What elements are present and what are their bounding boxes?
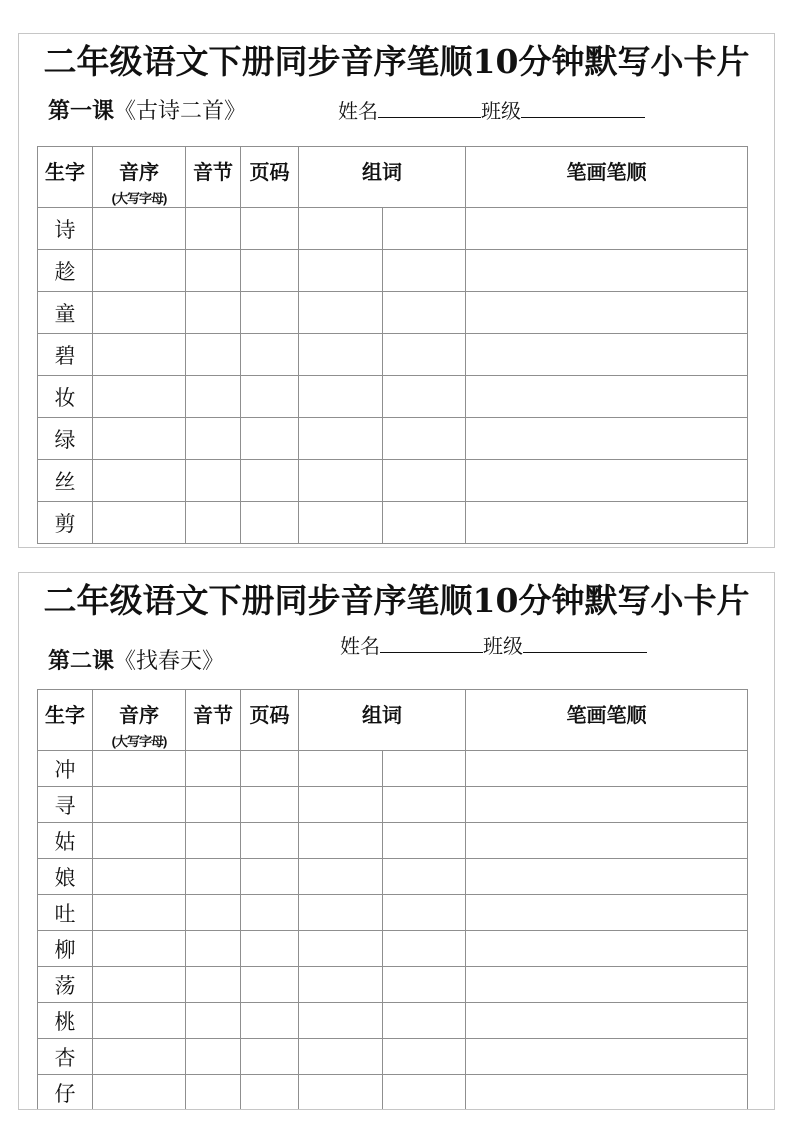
character-cell: 丝 xyxy=(38,460,93,502)
word-cell-1 xyxy=(299,292,383,334)
word-cell-1 xyxy=(299,250,383,292)
word-cell-1 xyxy=(299,1003,383,1039)
word-cell-2 xyxy=(383,250,466,292)
syllable-cell xyxy=(186,1075,241,1111)
initial-cell xyxy=(93,1003,186,1039)
strokes-cell xyxy=(466,751,748,787)
worksheet-card-1: 二年级语文下册同步音序笔顺10分钟默写小卡片 第一课 《古诗二首》 姓名 班级 … xyxy=(18,33,775,548)
page-cell xyxy=(241,334,299,376)
table-row: 仔 xyxy=(38,1075,748,1111)
initial-cell xyxy=(93,751,186,787)
strokes-cell xyxy=(466,334,748,376)
table-row: 吐 xyxy=(38,895,748,931)
name-label: 姓名 xyxy=(340,630,380,659)
vocab-table-1: 生字 音序 (大写字母) 音节 页码 组词 笔画笔顺 诗 趁 童 xyxy=(37,146,748,544)
word-cell-2 xyxy=(383,859,466,895)
table-header-row: 生字 音序 (大写字母) 音节 页码 组词 笔画笔顺 xyxy=(38,147,748,208)
table-row: 姑 xyxy=(38,823,748,859)
table-header-row: 生字 音序 (大写字母) 音节 页码 组词 笔画笔顺 xyxy=(38,690,748,751)
character-cell: 娘 xyxy=(38,859,93,895)
page-cell xyxy=(241,460,299,502)
header-syllable: 音节 xyxy=(186,147,241,208)
name-blank xyxy=(380,651,483,653)
table-row: 丝 xyxy=(38,460,748,502)
character-cell: 仔 xyxy=(38,1075,93,1111)
strokes-cell xyxy=(466,418,748,460)
word-cell-1 xyxy=(299,1075,383,1111)
word-cell-2 xyxy=(383,751,466,787)
table-row: 绿 xyxy=(38,418,748,460)
name-class-group: 姓名 班级 xyxy=(340,630,647,659)
word-cell-1 xyxy=(299,334,383,376)
table-row: 碧 xyxy=(38,334,748,376)
word-cell-2 xyxy=(383,292,466,334)
strokes-cell xyxy=(466,250,748,292)
header-char: 生字 xyxy=(38,690,93,751)
syllable-cell xyxy=(186,751,241,787)
page-cell xyxy=(241,967,299,1003)
page-cell xyxy=(241,859,299,895)
lesson-number: 第一课 xyxy=(48,94,114,125)
worksheet-title: 二年级语文下册同步音序笔顺10分钟默写小卡片 xyxy=(25,582,768,620)
table-row: 娘 xyxy=(38,859,748,895)
word-cell-1 xyxy=(299,823,383,859)
initial-cell xyxy=(93,418,186,460)
header-initial-main: 音序 xyxy=(119,162,159,184)
strokes-cell xyxy=(466,1003,748,1039)
syllable-cell xyxy=(186,967,241,1003)
page-cell xyxy=(241,376,299,418)
strokes-cell xyxy=(466,787,748,823)
word-cell-2 xyxy=(383,895,466,931)
header-initial-main: 音序 xyxy=(119,705,159,727)
initial-cell xyxy=(93,376,186,418)
word-cell-2 xyxy=(383,460,466,502)
name-blank xyxy=(378,116,481,118)
table-row: 杏 xyxy=(38,1039,748,1075)
page-cell xyxy=(241,1039,299,1075)
character-cell: 冲 xyxy=(38,751,93,787)
header-char: 生字 xyxy=(38,147,93,208)
table-row: 柳 xyxy=(38,931,748,967)
character-cell: 杏 xyxy=(38,1039,93,1075)
header-page: 页码 xyxy=(241,147,299,208)
character-cell: 妆 xyxy=(38,376,93,418)
word-cell-2 xyxy=(383,418,466,460)
initial-cell xyxy=(93,460,186,502)
syllable-cell xyxy=(186,502,241,544)
header-initial: 音序 (大写字母) xyxy=(93,147,186,208)
page-cell xyxy=(241,1075,299,1111)
character-cell: 柳 xyxy=(38,931,93,967)
strokes-cell xyxy=(466,208,748,250)
character-cell: 姑 xyxy=(38,823,93,859)
word-cell-1 xyxy=(299,376,383,418)
worksheet-page: { "headers": { "char": "生字", "initial": … xyxy=(0,0,793,1122)
strokes-cell xyxy=(466,931,748,967)
syllable-cell xyxy=(186,1003,241,1039)
initial-cell xyxy=(93,1075,186,1111)
word-cell-2 xyxy=(383,1039,466,1075)
word-cell-2 xyxy=(383,1075,466,1111)
word-cell-1 xyxy=(299,751,383,787)
page-cell xyxy=(241,208,299,250)
word-cell-1 xyxy=(299,208,383,250)
strokes-cell xyxy=(466,1039,748,1075)
strokes-cell xyxy=(466,1075,748,1111)
class-blank xyxy=(521,116,645,118)
initial-cell xyxy=(93,1039,186,1075)
header-syllable: 音节 xyxy=(186,690,241,751)
character-cell: 童 xyxy=(38,292,93,334)
table-row: 趁 xyxy=(38,250,748,292)
table-row: 诗 xyxy=(38,208,748,250)
character-cell: 荡 xyxy=(38,967,93,1003)
header-initial-sub: (大写字母) xyxy=(93,731,185,750)
character-cell: 碧 xyxy=(38,334,93,376)
initial-cell xyxy=(93,895,186,931)
initial-cell xyxy=(93,967,186,1003)
table-row: 桃 xyxy=(38,1003,748,1039)
page-cell xyxy=(241,787,299,823)
word-cell-1 xyxy=(299,460,383,502)
syllable-cell xyxy=(186,376,241,418)
strokes-cell xyxy=(466,895,748,931)
initial-cell xyxy=(93,787,186,823)
syllable-cell xyxy=(186,859,241,895)
character-cell: 寻 xyxy=(38,787,93,823)
class-label: 班级 xyxy=(483,630,523,659)
header-strokes: 笔画笔顺 xyxy=(466,147,748,208)
initial-cell xyxy=(93,334,186,376)
character-cell: 趁 xyxy=(38,250,93,292)
lesson-meta-row: 第二课 《找春天》 姓名 班级 xyxy=(48,644,774,675)
header-words: 组词 xyxy=(299,147,466,208)
lesson-meta-row: 第一课 《古诗二首》 姓名 班级 xyxy=(48,94,774,125)
word-cell-2 xyxy=(383,1003,466,1039)
word-cell-1 xyxy=(299,1039,383,1075)
syllable-cell xyxy=(186,418,241,460)
lesson-title: 《古诗二首》 xyxy=(114,94,246,125)
table-row: 寻 xyxy=(38,787,748,823)
strokes-cell xyxy=(466,502,748,544)
word-cell-1 xyxy=(299,895,383,931)
word-cell-2 xyxy=(383,334,466,376)
strokes-cell xyxy=(466,460,748,502)
name-class-group: 姓名 班级 xyxy=(338,95,645,124)
syllable-cell xyxy=(186,931,241,967)
page-cell xyxy=(241,502,299,544)
word-cell-2 xyxy=(383,502,466,544)
header-page: 页码 xyxy=(241,690,299,751)
character-cell: 剪 xyxy=(38,502,93,544)
worksheet-card-2: 二年级语文下册同步音序笔顺10分钟默写小卡片 第二课 《找春天》 姓名 班级 生… xyxy=(18,572,775,1110)
header-initial: 音序 (大写字母) xyxy=(93,690,186,751)
table-row: 剪 xyxy=(38,502,748,544)
header-words: 组词 xyxy=(299,690,466,751)
initial-cell xyxy=(93,250,186,292)
syllable-cell xyxy=(186,334,241,376)
page-cell xyxy=(241,931,299,967)
syllable-cell xyxy=(186,895,241,931)
word-cell-2 xyxy=(383,208,466,250)
syllable-cell xyxy=(186,460,241,502)
page-cell xyxy=(241,751,299,787)
strokes-cell xyxy=(466,967,748,1003)
strokes-cell xyxy=(466,376,748,418)
header-strokes: 笔画笔顺 xyxy=(466,690,748,751)
character-cell: 诗 xyxy=(38,208,93,250)
initial-cell xyxy=(93,931,186,967)
lesson-number: 第二课 xyxy=(48,644,114,675)
word-cell-1 xyxy=(299,502,383,544)
word-cell-1 xyxy=(299,859,383,895)
word-cell-1 xyxy=(299,931,383,967)
lesson-title: 《找春天》 xyxy=(114,644,224,675)
initial-cell xyxy=(93,208,186,250)
word-cell-2 xyxy=(383,823,466,859)
word-cell-2 xyxy=(383,787,466,823)
vocab-table-2: 生字 音序 (大写字母) 音节 页码 组词 笔画笔顺 冲 寻 姑 xyxy=(37,689,748,1110)
word-cell-1 xyxy=(299,418,383,460)
table-row: 荡 xyxy=(38,967,748,1003)
initial-cell xyxy=(93,823,186,859)
character-cell: 桃 xyxy=(38,1003,93,1039)
page-cell xyxy=(241,823,299,859)
table-row: 童 xyxy=(38,292,748,334)
word-cell-2 xyxy=(383,967,466,1003)
class-blank xyxy=(523,651,647,653)
class-label: 班级 xyxy=(481,95,521,124)
strokes-cell xyxy=(466,823,748,859)
strokes-cell xyxy=(466,292,748,334)
table-row: 妆 xyxy=(38,376,748,418)
word-cell-1 xyxy=(299,967,383,1003)
page-cell xyxy=(241,292,299,334)
strokes-cell xyxy=(466,859,748,895)
page-cell xyxy=(241,418,299,460)
page-cell xyxy=(241,250,299,292)
worksheet-title: 二年级语文下册同步音序笔顺10分钟默写小卡片 xyxy=(25,43,768,81)
syllable-cell xyxy=(186,292,241,334)
page-cell xyxy=(241,1003,299,1039)
table-row: 冲 xyxy=(38,751,748,787)
syllable-cell xyxy=(186,1039,241,1075)
character-cell: 吐 xyxy=(38,895,93,931)
syllable-cell xyxy=(186,787,241,823)
syllable-cell xyxy=(186,208,241,250)
syllable-cell xyxy=(186,823,241,859)
word-cell-2 xyxy=(383,376,466,418)
initial-cell xyxy=(93,502,186,544)
initial-cell xyxy=(93,859,186,895)
syllable-cell xyxy=(186,250,241,292)
name-label: 姓名 xyxy=(338,95,378,124)
word-cell-2 xyxy=(383,931,466,967)
initial-cell xyxy=(93,292,186,334)
character-cell: 绿 xyxy=(38,418,93,460)
word-cell-1 xyxy=(299,787,383,823)
header-initial-sub: (大写字母) xyxy=(93,188,185,207)
page-cell xyxy=(241,895,299,931)
